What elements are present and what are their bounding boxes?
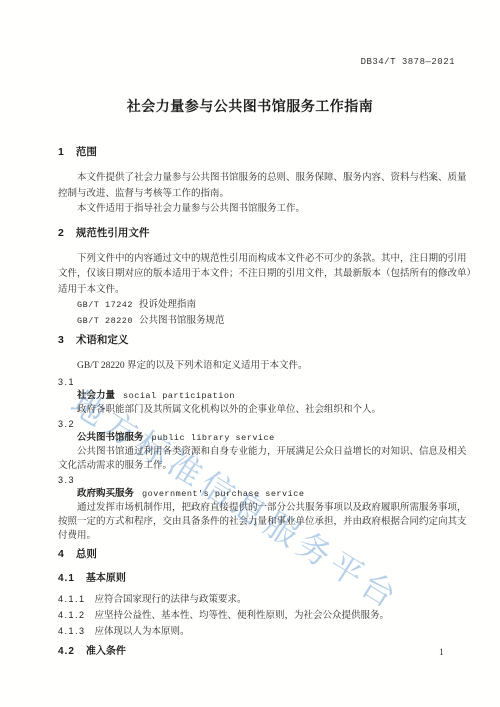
section-title: 术语和定义 — [76, 334, 129, 346]
section-4-1-heading: 4.1基本原则 — [58, 571, 474, 586]
term-name: 社会力量social participation — [58, 389, 474, 403]
section-number: 4 — [58, 548, 65, 560]
term-en: government's purchase service — [142, 489, 304, 499]
reference-title: 投诉处理指南 — [139, 300, 196, 310]
clause-item: 4.1.2应坚持公益性、基本性、均等性、便利性原则，为社会公众提供服务。 — [58, 608, 474, 624]
clause-text: 应体现以人为本原则。 — [95, 627, 190, 637]
reference-code: GB/T 28220 — [77, 316, 133, 326]
section-number: 2 — [58, 227, 65, 239]
clause-number: 4.1.3 — [58, 626, 86, 636]
term-en: social participation — [123, 391, 235, 401]
section-title: 规范性引用文件 — [76, 227, 150, 239]
section-4-2-heading: 4.2准入条件 — [58, 644, 474, 659]
document-page: DB34/T 3878—2021 社会力量参与公共图书馆服务工作指南 地方标准信… — [0, 0, 500, 707]
paragraph: 本文件适用于指导社会力量参与公共图书馆服务工作。 — [58, 202, 474, 218]
clause-number: 4.1.2 — [58, 610, 86, 620]
term-zh: 社会力量 — [77, 390, 115, 401]
paragraph: 下列文件中的内容通过文中的规范性引用而构成本文件必不可少的条款。其中，注日期的引… — [58, 252, 474, 299]
section-2-heading: 2规范性引用文件 — [58, 226, 474, 241]
section-4-heading: 4总则 — [58, 547, 474, 562]
section-title: 总则 — [76, 548, 97, 560]
section-3-heading: 3术语和定义 — [58, 333, 474, 348]
normative-references: GB/T 17242投诉处理指南 GB/T 28220公共图书馆服务规范 — [58, 298, 474, 329]
standard-number: DB34/T 3878—2021 — [361, 57, 455, 67]
clause-list: 4.1.1应符合国家现行的法律与政策要求。 4.1.2应坚持公益性、基本性、均等… — [58, 592, 474, 640]
section-number: 3 — [58, 334, 65, 346]
clause-text: 应坚持公益性、基本性、均等性、便利性原则，为社会公众提供服务。 — [95, 611, 390, 621]
term-name: 公共图书馆服务public library service — [58, 431, 474, 445]
clause-item: 4.1.1应符合国家现行的法律与政策要求。 — [58, 592, 474, 608]
clause-number: 4.1.1 — [58, 594, 86, 604]
term-zh: 公共图书馆服务 — [77, 432, 144, 443]
reference-code: GB/T 17242 — [77, 300, 133, 310]
paragraph: 本文件提供了社会力量参与公共图书馆服务的总则、服务保障、服务内容、资料与档案、质… — [58, 171, 474, 202]
clause-item: 4.1.3应体现以人为本原则。 — [58, 624, 474, 640]
term-number: 3.1 — [58, 375, 474, 389]
section-title: 准入条件 — [86, 646, 126, 657]
paragraph: GB/T 28220 界定的以及下列术语和定义适用于本文件。 — [58, 359, 474, 375]
term-number: 3.2 — [58, 417, 474, 431]
term-definition: 公共图书馆通过利用各类资源和自身专业能力，开展满足公众日益增长的对知识、信息及相… — [58, 445, 474, 473]
reference-title: 公共图书馆服务规范 — [139, 316, 225, 326]
reference-item: GB/T 17242投诉处理指南 — [77, 298, 474, 314]
reference-item: GB/T 28220公共图书馆服务规范 — [77, 314, 474, 330]
section-number: 1 — [58, 146, 65, 158]
section-title: 基本原则 — [86, 573, 126, 584]
section-1-heading: 1范围 — [58, 145, 474, 160]
section-title: 范围 — [76, 146, 97, 158]
section-number: 4.1 — [58, 573, 75, 584]
term-zh: 政府购买服务 — [77, 488, 134, 499]
clause-text: 应符合国家现行的法律与政策要求。 — [95, 595, 247, 605]
term-definition: 通过发挥市场机制作用，把政府直接提供的一部分公共服务事项以及政府履职所需服务事项… — [58, 501, 474, 543]
terms-and-definitions: 3.1 社会力量social participation 政府各职能部门及其所属… — [58, 375, 474, 543]
section-number: 4.2 — [58, 646, 75, 657]
document-body: 1范围 本文件提供了社会力量参与公共图书馆服务的总则、服务保障、服务内容、资料与… — [58, 140, 474, 659]
term-en: public library service — [152, 433, 275, 443]
term-definition: 政府各职能部门及其所属文化机构以外的企事业单位、社会组织和个人。 — [58, 403, 474, 417]
term-number: 3.3 — [58, 473, 474, 487]
term-name: 政府购买服务government's purchase service — [58, 487, 474, 501]
document-title: 社会力量参与公共图书馆服务工作指南 — [0, 96, 500, 116]
